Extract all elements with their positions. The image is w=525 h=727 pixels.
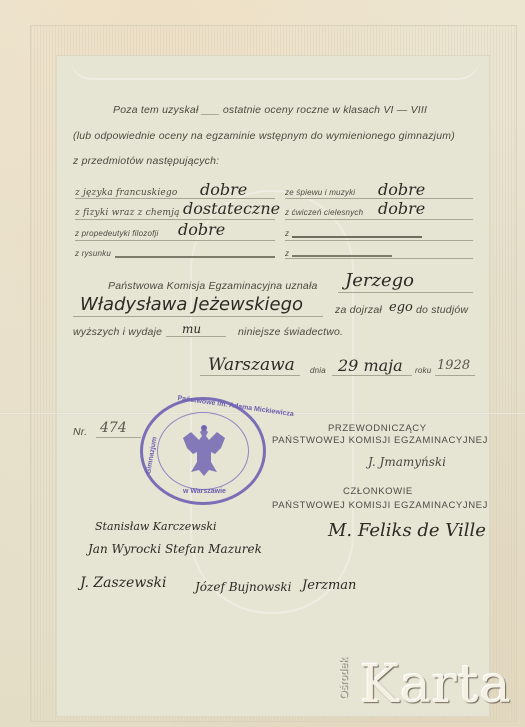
grade-subject: z propedeutyki filozofji [75, 229, 159, 238]
chair-body: PAŃSTWOWEJ KOMISJI EGZAMINACYJNEJ [272, 435, 488, 446]
issue-year: 1928 [437, 358, 470, 373]
issue-text-end: niniejsze świadectwo. [238, 326, 343, 338]
grade-subject: z [285, 229, 289, 238]
watermark-logo: Karta [360, 655, 512, 715]
number-line [96, 437, 141, 438]
intro-line-1: Poza tem uzyskał ___ ostatnie oceny rocz… [113, 104, 427, 116]
candidate-full-name: Władysława Jeżewskiego [80, 294, 303, 315]
grade-line [75, 219, 275, 220]
member-signature-right: M. Feliks de Ville [328, 520, 486, 541]
grade-value: dobre [200, 180, 247, 199]
intro-line-2: (lub odpowiednie oceny na egzaminie wstę… [73, 130, 455, 142]
member-signature: Stanisław Karczewski [95, 520, 217, 533]
grade-line [115, 256, 275, 258]
commission-text: Państwowa Komisja Egzaminacyjna uznała [108, 280, 318, 292]
grade-subject: z ćwiczeń cielesnych [285, 208, 363, 217]
eagle-emblem-icon [181, 422, 227, 480]
grade-subject: ze śpiewu i muzyki [285, 188, 355, 197]
issue-text-start: wyższych i wydaje [73, 326, 162, 338]
watermark-prefix: Ośrodek [338, 658, 350, 700]
grade-value: dobre [178, 220, 225, 239]
pronoun-line [166, 336, 226, 337]
number-label: Nr. [73, 426, 87, 438]
grade-subject: z rysunku [75, 249, 111, 258]
maturity-suffix: ego [389, 300, 413, 315]
chair-signature: J. Jmamyński [368, 455, 446, 469]
certificate-number: 474 [100, 420, 127, 436]
grade-line [75, 240, 275, 241]
grade-value: dobre [378, 199, 425, 218]
guilloche-ornament [70, 58, 480, 80]
candidate-first-name: Jerzego [345, 270, 414, 291]
name-line [338, 292, 473, 293]
intro-line-3: z przedmiotów następujących: [73, 155, 219, 167]
issue-pronoun: mu [182, 322, 201, 336]
grade-subject: z języka francuskiego [75, 188, 178, 198]
member-signature: J. Zaszewski [80, 575, 166, 591]
member-signature: Jan Wyrocki Stefan Mazurek [88, 542, 262, 556]
members-title: CZŁONKOWIE [343, 486, 413, 497]
year-line [435, 375, 475, 376]
date-label: dnia [310, 366, 326, 375]
grade-subject: z fizyki wraz z chemją [75, 208, 180, 218]
school-stamp: Państwowe im. Adama Mickiewicza Gimnazju… [140, 397, 266, 505]
grade-line-struck [292, 255, 392, 257]
grade-line [285, 258, 473, 259]
maturity-end: do studjów [416, 304, 468, 316]
year-label: roku [415, 366, 431, 375]
grade-value: dostateczne [183, 199, 280, 218]
issue-place: Warszawa [208, 355, 295, 375]
place-line [200, 375, 300, 376]
grade-line [285, 219, 473, 220]
stamp-bottom-text: w Warszawie [183, 488, 226, 495]
name-line [73, 316, 323, 317]
date-line [332, 375, 412, 376]
issue-date: 29 maja [338, 356, 403, 375]
grade-value: dobre [378, 180, 425, 199]
members-body: PAŃSTWOWEJ KOMISJI EGZAMINACYJNEJ [272, 500, 488, 511]
grade-line-struck [292, 236, 422, 238]
member-signature: Jerzman [302, 578, 356, 593]
member-signature: Józef Bujnowski [195, 580, 291, 594]
chair-title: PRZEWODNICZĄCY [328, 423, 427, 434]
grade-subject: z [285, 249, 289, 258]
grade-line [285, 240, 473, 241]
maturity-prefix: za dojrzał [335, 304, 382, 316]
